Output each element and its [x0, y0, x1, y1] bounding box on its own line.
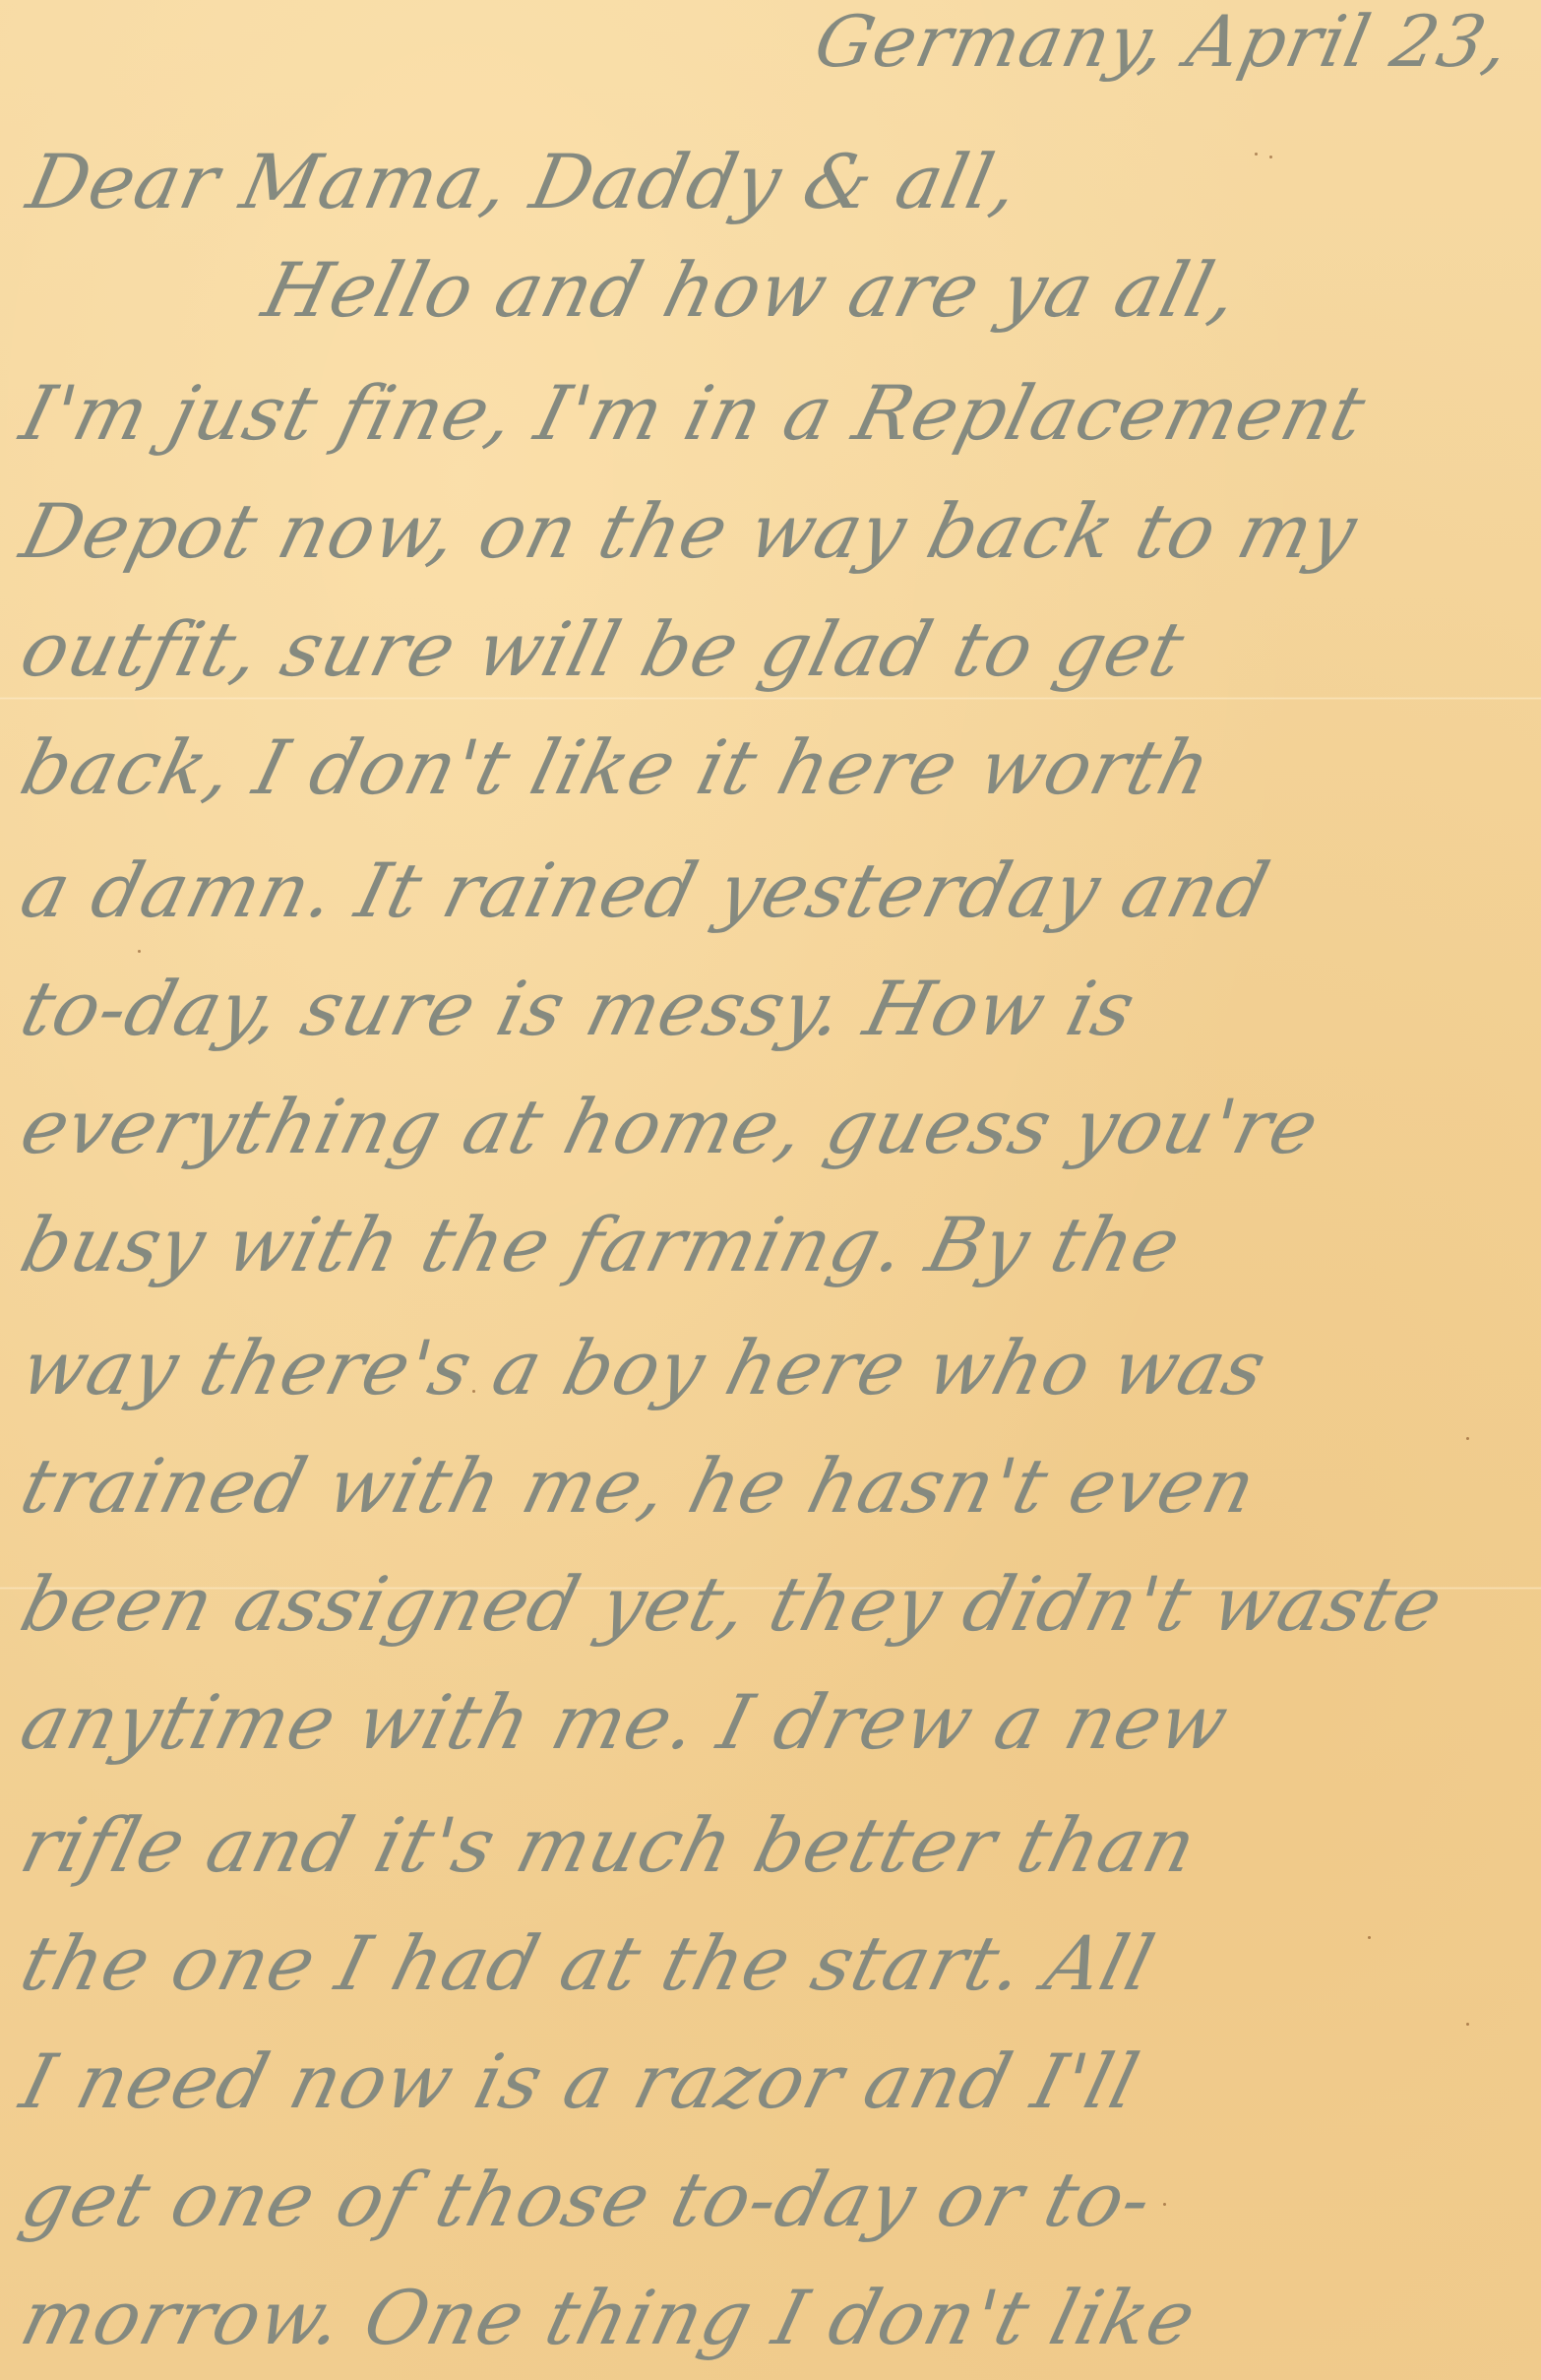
- paper-speck: [1466, 2023, 1469, 2026]
- letter-line: busy with the farming. By the: [13, 1201, 1190, 1288]
- letter-line: to-day, sure is messy. How is: [13, 965, 1144, 1052]
- letter-line: everything at home, guess you're: [13, 1083, 1328, 1170]
- paper-fold-line: [0, 697, 1541, 700]
- letter-line: been assigned yet, they didn't waste: [13, 1560, 1451, 1648]
- letter-line: Depot now, on the way back to my: [13, 487, 1366, 575]
- letter-salutation: Dear Mama, Daddy & all,: [21, 138, 1027, 225]
- letter-line: Hello and how are ya all,: [255, 246, 1248, 334]
- paper-speck: [1368, 1936, 1371, 1939]
- letter-line: way there's a boy here who was: [13, 1324, 1275, 1411]
- letter-line: I'm just fine, I'm in a Replacement: [13, 369, 1375, 457]
- letter-dateline: Germany, April 23,: [808, 0, 1517, 83]
- paper-speck: [1163, 2203, 1166, 2206]
- paper-speck: [138, 950, 141, 953]
- paper-speck: [1269, 156, 1272, 158]
- letter-line: I need now is a razor and I'll: [13, 2037, 1147, 2125]
- paper-speck: [1466, 1437, 1469, 1440]
- letter-line: rifle and it's much better than: [13, 1801, 1205, 1889]
- letter-paper: Germany, April 23, Dear Mama, Daddy & al…: [0, 0, 1541, 2380]
- letter-line: outfit, sure will be glad to get: [13, 605, 1194, 693]
- letter-line: morrow. One thing I don't like: [13, 2274, 1204, 2361]
- letter-line: trained with me, he hasn't even: [13, 1442, 1265, 1530]
- letter-line: back, I don't like it here worth: [13, 723, 1220, 811]
- letter-line: anytime with me. I drew a new: [13, 1678, 1238, 1766]
- paper-speck: [1255, 153, 1258, 156]
- letter-line: get one of those to-day or to-: [13, 2156, 1161, 2243]
- letter-line: the one I had at the start. All: [13, 1919, 1163, 2007]
- letter-line: a damn. It rained yesterday and: [13, 846, 1278, 934]
